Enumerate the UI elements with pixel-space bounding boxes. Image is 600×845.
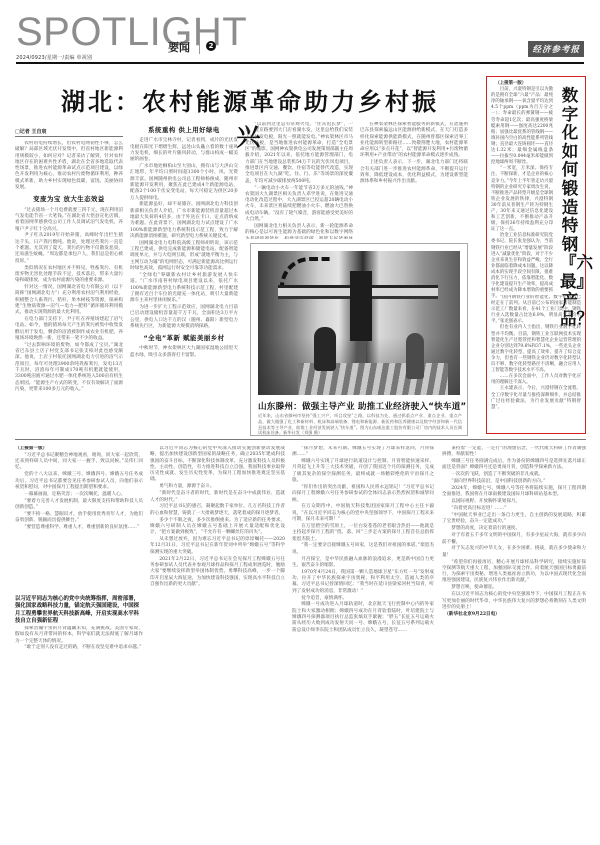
paragraph: “面向世界科技前沿，是中国科技创新的方向。” bbox=[442, 479, 586, 485]
paragraph: 2021年2月22日，习近平总书记在会见探月工程嫦娥五号任务参研参试人员代表并参… bbox=[150, 557, 285, 588]
paragraph: “探月梦想，未来可期。嫦娥五号实现了月球采样返回，月背探测……” bbox=[292, 446, 434, 459]
paragraph: 走进广水市宝林寺村，记者看到，成片的光伏发电板在阳光下熠熠生辉，远处山头矗立着的… bbox=[130, 138, 238, 163]
wire-dateline: （新华社北京9月22日电） bbox=[442, 612, 586, 618]
paragraph: ……在多次会面中，工作人员对数字化应用的理解还不深入。 bbox=[491, 374, 581, 386]
paragraph: 类似情况在农村地区并不鲜见。牲畜粪污、有机废弃物无害化处理手段不足，技术落后，带… bbox=[15, 266, 123, 285]
paragraph: 嫦娥六号实现了月球逆行轨道设计与控制，月背智能快速采样、月背起飞上升等三大技术突… bbox=[292, 459, 434, 484]
paragraph: 但也有业内人士指出，钢铁行业数字化转型并不均衡。目前，钢铁工业互联网技术实现智能… bbox=[491, 325, 581, 374]
paragraph: 月宫探宝，是中华民族融入血脉的浪漫追求，更是新中国自力更生、艰苦奋斗的缩影。 bbox=[292, 557, 434, 570]
paragraph: 在神农架林区探索智能服务的新模式，在恩施州巴东县探索偏远山区能源供给新模式，在天… bbox=[360, 122, 468, 160]
paragraph: 探索浩瀚宇宙的月背蕴藏未知，充满挑战。美国专家说，假如没有从月背带回的样本，科学… bbox=[15, 626, 143, 645]
paragraph: 为进一步扩大工程示范效应，国网湖北电力目前已启动建设储机容量超千万千瓦，全面积达… bbox=[130, 305, 238, 330]
paragraph: “敢于走别人没有走过的路，不断在攻坚克难中追求卓越。” bbox=[15, 645, 143, 651]
byline-rule bbox=[15, 136, 123, 137]
subhead: “全电”革新 赋能美丽乡村 bbox=[130, 335, 238, 341]
paragraph: “我一定要亲自接嫦娥五号回家，这是我们对祖国的承诺。”栾恩杰说。 bbox=[292, 543, 434, 556]
paragraph: 在电力部门支持下，尹子红在养殖场建起了沼气电站。如今，他的猪场每天产生的粪污被集… bbox=[15, 317, 123, 342]
paragraph: 从未想过放弃，因为难忘习近平总书记的谆谆嘱托——2020年12月31日，习近平总… bbox=[150, 537, 285, 556]
byline: □记者 王自宸 bbox=[15, 128, 46, 135]
page-number-badge: 2 bbox=[206, 41, 216, 51]
paragraph: 上述负责人表示，下一步，湖北电力部门还将联合有关部门进一步推进农村能源革命，不断… bbox=[360, 160, 468, 185]
paragraph: “一辆电动小火车一年能节省3万多元的油钱。”神农架国大九湖景区相关负责人邓学进说… bbox=[245, 186, 353, 224]
paragraph: 以国际视野、开放胸怀谋划探月。 bbox=[442, 499, 586, 505]
paragraph: 秉持着“一定能、一定行”的理想信念，一代代航天科研工作者顽强拼搏，奉献韧性！ bbox=[442, 446, 586, 459]
sidebar-headline: 数字化如何锻造特钢『六最』产品？ bbox=[560, 87, 580, 329]
paragraph: “你们作出的突出贡献，祖国和人民将永远铭记！”习近平总书记向探月工程嫦娥六号任务… bbox=[292, 485, 434, 504]
paragraph: “过去猪场一个月电费就要三四千元，现在利用沼气发电能节省一大笔钱。”在湖北省大悟… bbox=[15, 208, 123, 233]
paragraph: 在万里碧空的雪原上，一位白发苍苍的老者眼含热泪——他就是主持起步探月工程的“绕、… bbox=[292, 524, 434, 543]
paragraph: 新能源虽好，却不易储存。国网湖北电力科技创新部相关负责人介绍，广水市新能源装机容… bbox=[130, 202, 238, 240]
news-photo-block: 山东滕州：做强主导产业 助推工业经济驶入“快车道” 近年来，山东省滕州市坚持“强… bbox=[250, 243, 468, 436]
issue-dateline: 2024/0923/星期一/责编 单祝别 bbox=[16, 54, 92, 61]
bottom-story-column-1b: 探索浩瀚宇宙的月背蕴藏未知，充满挑战。美国专家说，假如没有从月背带回的样本，科学… bbox=[15, 626, 143, 841]
paragraph: “以前到这里总有常规火电，“住宾馆长梦”，一是，北京路要到大门店看湖水发，这里总… bbox=[245, 122, 353, 185]
paragraph: 对于矢志复兴的中华儿女，在多少困难、挑战，就在多少使命和力量！ bbox=[442, 546, 586, 559]
paragraph: “习近平总书记聚精会神地观看，晤询，同大家一起欣赏，还来到样研人员中间，同大家一… bbox=[15, 453, 143, 472]
sidebar-body-continued: “国内钢铁行业的智能化、数字化改造已经走在了前列。从目前已公布的国家智能制造示范… bbox=[491, 295, 581, 429]
paragraph: 习近平总书记的感召，凝聚起数千家单位、几万名科技工作者的心血和智慧，铸就了一大批… bbox=[150, 504, 285, 517]
paragraph: “要着力完善人才发展机制，最大限度支持和帮助科技人员创新创造。” bbox=[15, 499, 143, 512]
paragraph: 以习近平同志为核心的党中央深入推动实施创新驱动发展战略，提出加快建设创新型国家的… bbox=[150, 446, 285, 484]
bottom-story-column-4: 秉持着“一定能、一定行”的理想信念，一代代航天科研工作者顽强拼搏，奉献韧性！ 嫦… bbox=[442, 446, 586, 841]
paragraph: “全绿电”零碳新农村让乡村旅游发展人快车道。“广水市南苔村绿电项目建设以来，依托… bbox=[130, 273, 238, 304]
bold-pull-quote: 以习近平同志为核心的党中央统筹指挥，周密部署，强化国家战略科技力量，锚定航天强国… bbox=[15, 596, 143, 626]
sidebar-body: （上接第一版） 目前，兴澄特钢是引以为傲的是拥有全球“六最”产品：最纯净的轴承钢… bbox=[491, 81, 553, 300]
paragraph: 勇气和力量，源源于奋斗。 bbox=[150, 484, 285, 490]
paragraph: 国网湖北电力电科院高级工程师胡昕说，该示范工程已建成，供电完成新能源和储能电站、… bbox=[130, 241, 238, 272]
paragraph: 嫦娥一号成功进入月球轨道时，北京航天飞行控制中心内的外家院士和大家激动相拥；嫦娥… bbox=[292, 602, 434, 633]
section-divider bbox=[15, 439, 586, 440]
main-story-column-1: 农村用电持续增长，但农村电网韧性不够，怎么破解？局部区域光伏开发集中，但省村地区… bbox=[15, 141, 123, 435]
subhead: 变废为宝 放大生态效益 bbox=[15, 196, 123, 202]
factory-machine-photo bbox=[258, 251, 460, 395]
paragraph: 嫦娥三号任务圆满完成后，作为备份的嫦娥四号是选择先落月球正面还是背面？嫦娥四号还… bbox=[442, 459, 586, 472]
technician-figure bbox=[406, 333, 424, 379]
paragraph: “新时代是奋斗者的时代，新时代是在奋斗中成就伟业、造就人才的时代。” bbox=[150, 491, 285, 504]
machine-spindle bbox=[356, 341, 366, 365]
bottom-story-column-3: “探月梦想，未来可期。嫦娥五号实现了月球采样返回，月背探测……” 嫦娥六号实现了… bbox=[292, 446, 434, 841]
bottom-story-column-1: （上接第一版） “习近平总书记聚精会神地观看，晤询，同大家一起欣赏，还来到样研人… bbox=[15, 446, 143, 594]
paragraph: “要不拘一格、慧眼识才，放手使用优秀青年人才，为他们奋勇创新、脱颖而出提供舞台。… bbox=[15, 512, 143, 525]
photo-headline: 山东滕州：做强主导产业 助推工业经济驶入“快车道” bbox=[258, 400, 462, 412]
paragraph: 目前，兴澄特钢是引以为傲的是拥有全球“六最”产品：最纯净的轴承钢——氧含量平均达… bbox=[491, 87, 553, 166]
main-story-column-3: “以前到这里总有常规火电，“住宾馆长梦”，一是，北京路要到大门店看湖水发，这里总… bbox=[245, 122, 353, 239]
separator bbox=[199, 38, 200, 54]
paragraph: “国内钢铁行业的智能化、数字化改造已经走在了前列。从目前已公布的国家智能制造示范… bbox=[491, 295, 581, 325]
paragraph: 一次次的飞跃，创造了不断突破的非凡成就。 bbox=[442, 472, 586, 478]
paragraph: 一幕幕画面，定格笑容；一次次嘱托，温暖人心。 bbox=[15, 492, 143, 498]
paragraph: “希望你们再接再厉，精心开展月球样品科学研究，接续实施好探空探测等航天重大工程，… bbox=[442, 560, 586, 585]
paragraph: 冶金工业信息标准研究院党委书记、院长张龙强认为，当前钢铁行业已经从“增量发展”阶… bbox=[491, 233, 553, 300]
paragraph: 对于有着五千多年文明的中国探月，有多少星辰大海，就有多少向前不懈。 bbox=[442, 533, 586, 546]
paragraph: “过去影响环境的废物，如今都成了宝贝。”湖北省巴东县土店子村党支部书记张支柏对此… bbox=[15, 343, 123, 393]
paragraph: 梦想的高度，决定着前行的速度。 bbox=[442, 526, 586, 532]
paragraph: 王永建表示，今后，兴澄特钢在全流程、全工序数字化尽量与推持深耕细作，并总结推广过… bbox=[491, 386, 581, 410]
technician-figure bbox=[314, 327, 336, 371]
paragraph: 广水市地处桐柏山至大别山，拥有山与大洪山交汇地带，年平均日照时间超1300个小时… bbox=[130, 164, 238, 202]
subhead: 系统重构 供上用好绿电 bbox=[130, 127, 238, 133]
paragraph: 中秋时节，神农架林区大九湖国家湿地公园里天蓝水绿，吸引众多游客打卡留影。 bbox=[130, 346, 238, 359]
photo-caption: 近年来，山东省滕州市坚持“强工兴产，项目攻坚”之路，以科技为先，通过抓重点产业、… bbox=[258, 413, 462, 436]
paper-logo: 经济参考报 bbox=[528, 41, 584, 57]
main-story-column-4: 在神农架林区探索智能服务的新模式，在恩施州巴东县探索偏远山区能源供给新模式，在天… bbox=[360, 122, 468, 239]
paragraph: 多少个不眠之夜，多少次推倒重来。为了适应新的任务要求，嫦娥六号研制人员在嫦娥五号… bbox=[150, 518, 285, 537]
sidebar-article: （上接第一版） 目前，兴澄特钢是引以为傲的是拥有全球“六最”产品：最纯净的轴承钢… bbox=[486, 76, 586, 434]
paragraph: “向着更高目标迈进！……” bbox=[442, 506, 586, 512]
paragraph: “中国航天事业已走出一条自力更生、自主创新的发展道路，积累了宝贵经验，奋斗一定能… bbox=[442, 513, 586, 526]
main-story-column-2: 系统重构 供上用好绿电 走进广水市宝林寺村，记者看到，成片的光伏发电板在阳光下熠… bbox=[130, 122, 238, 435]
paragraph: 在万众期待中，中国航天科技集团国家探月工程中心主任卞毅说，“在以习近平同志为核心… bbox=[292, 504, 434, 523]
paragraph: 梦想召唤，使命催征。 bbox=[442, 585, 586, 591]
paragraph: 在以习近平同志为核心的党中央坚强领导下，中国探月工程正在书写更加壮丽的时代华章，… bbox=[442, 592, 586, 611]
masthead: SPOTLIGHT 要闻 2 2024/0923/星期一/责编 单祝别 经济参考… bbox=[16, 8, 586, 64]
section-name: 要闻 bbox=[168, 39, 190, 55]
paragraph: 国网湖北电力相关负责人表示，新一轮能源革命的核心是以可再生能源为基础的绿色化和以… bbox=[245, 224, 353, 239]
paragraph: “一米宽，万米深。保持专注，不断探新，才是企业的核心竞争力。”今年上半年曾走访兴… bbox=[491, 166, 553, 233]
paragraph: 抚今追昔，豪情满怀。 bbox=[292, 596, 434, 602]
machine-head bbox=[350, 271, 372, 341]
paragraph: 党的十八大以来，嫦娥三号、嫦娥四号、嫦娥五号任务成功后，习近平总书记都要会见任务… bbox=[15, 472, 143, 491]
paragraph: 尹子红从2019年开始养猪，高峰时年出栏生猪达千头，日产粪污数吨。他说，处理这些… bbox=[15, 233, 123, 264]
bottom-story-column-2: 以习近平同志为核心的党中央深入推动实施创新驱动发展战略，提出加快建设创新型国家的… bbox=[150, 446, 285, 841]
paragraph: “要营造尊重科学、尊重人才、尊重创新的良好氛围……” bbox=[15, 525, 143, 531]
paragraph: 2024年，嫦娥七号、嫦娥八号等任务将陆续实施，探月工程四期全面推进，我国将在月… bbox=[442, 486, 586, 499]
continued-label: （上接第一版） bbox=[15, 446, 143, 452]
masthead-rule bbox=[16, 62, 584, 64]
paragraph: 1970年4月24日，我国第一颗人造地球卫星“东方红一号”发射成功，拉开了中华民… bbox=[292, 570, 434, 595]
paragraph: 针对这一情况，国网湖北省电力有限公司（以下简称“国网湖北电力”）充分利用农村沼气… bbox=[15, 285, 123, 316]
lead-paragraph: 农村用电持续增长，但农村电网韧性不够，怎么破解？局部区域光伏开发集中，但省村地区… bbox=[15, 141, 123, 191]
cable-chain bbox=[280, 257, 330, 287]
